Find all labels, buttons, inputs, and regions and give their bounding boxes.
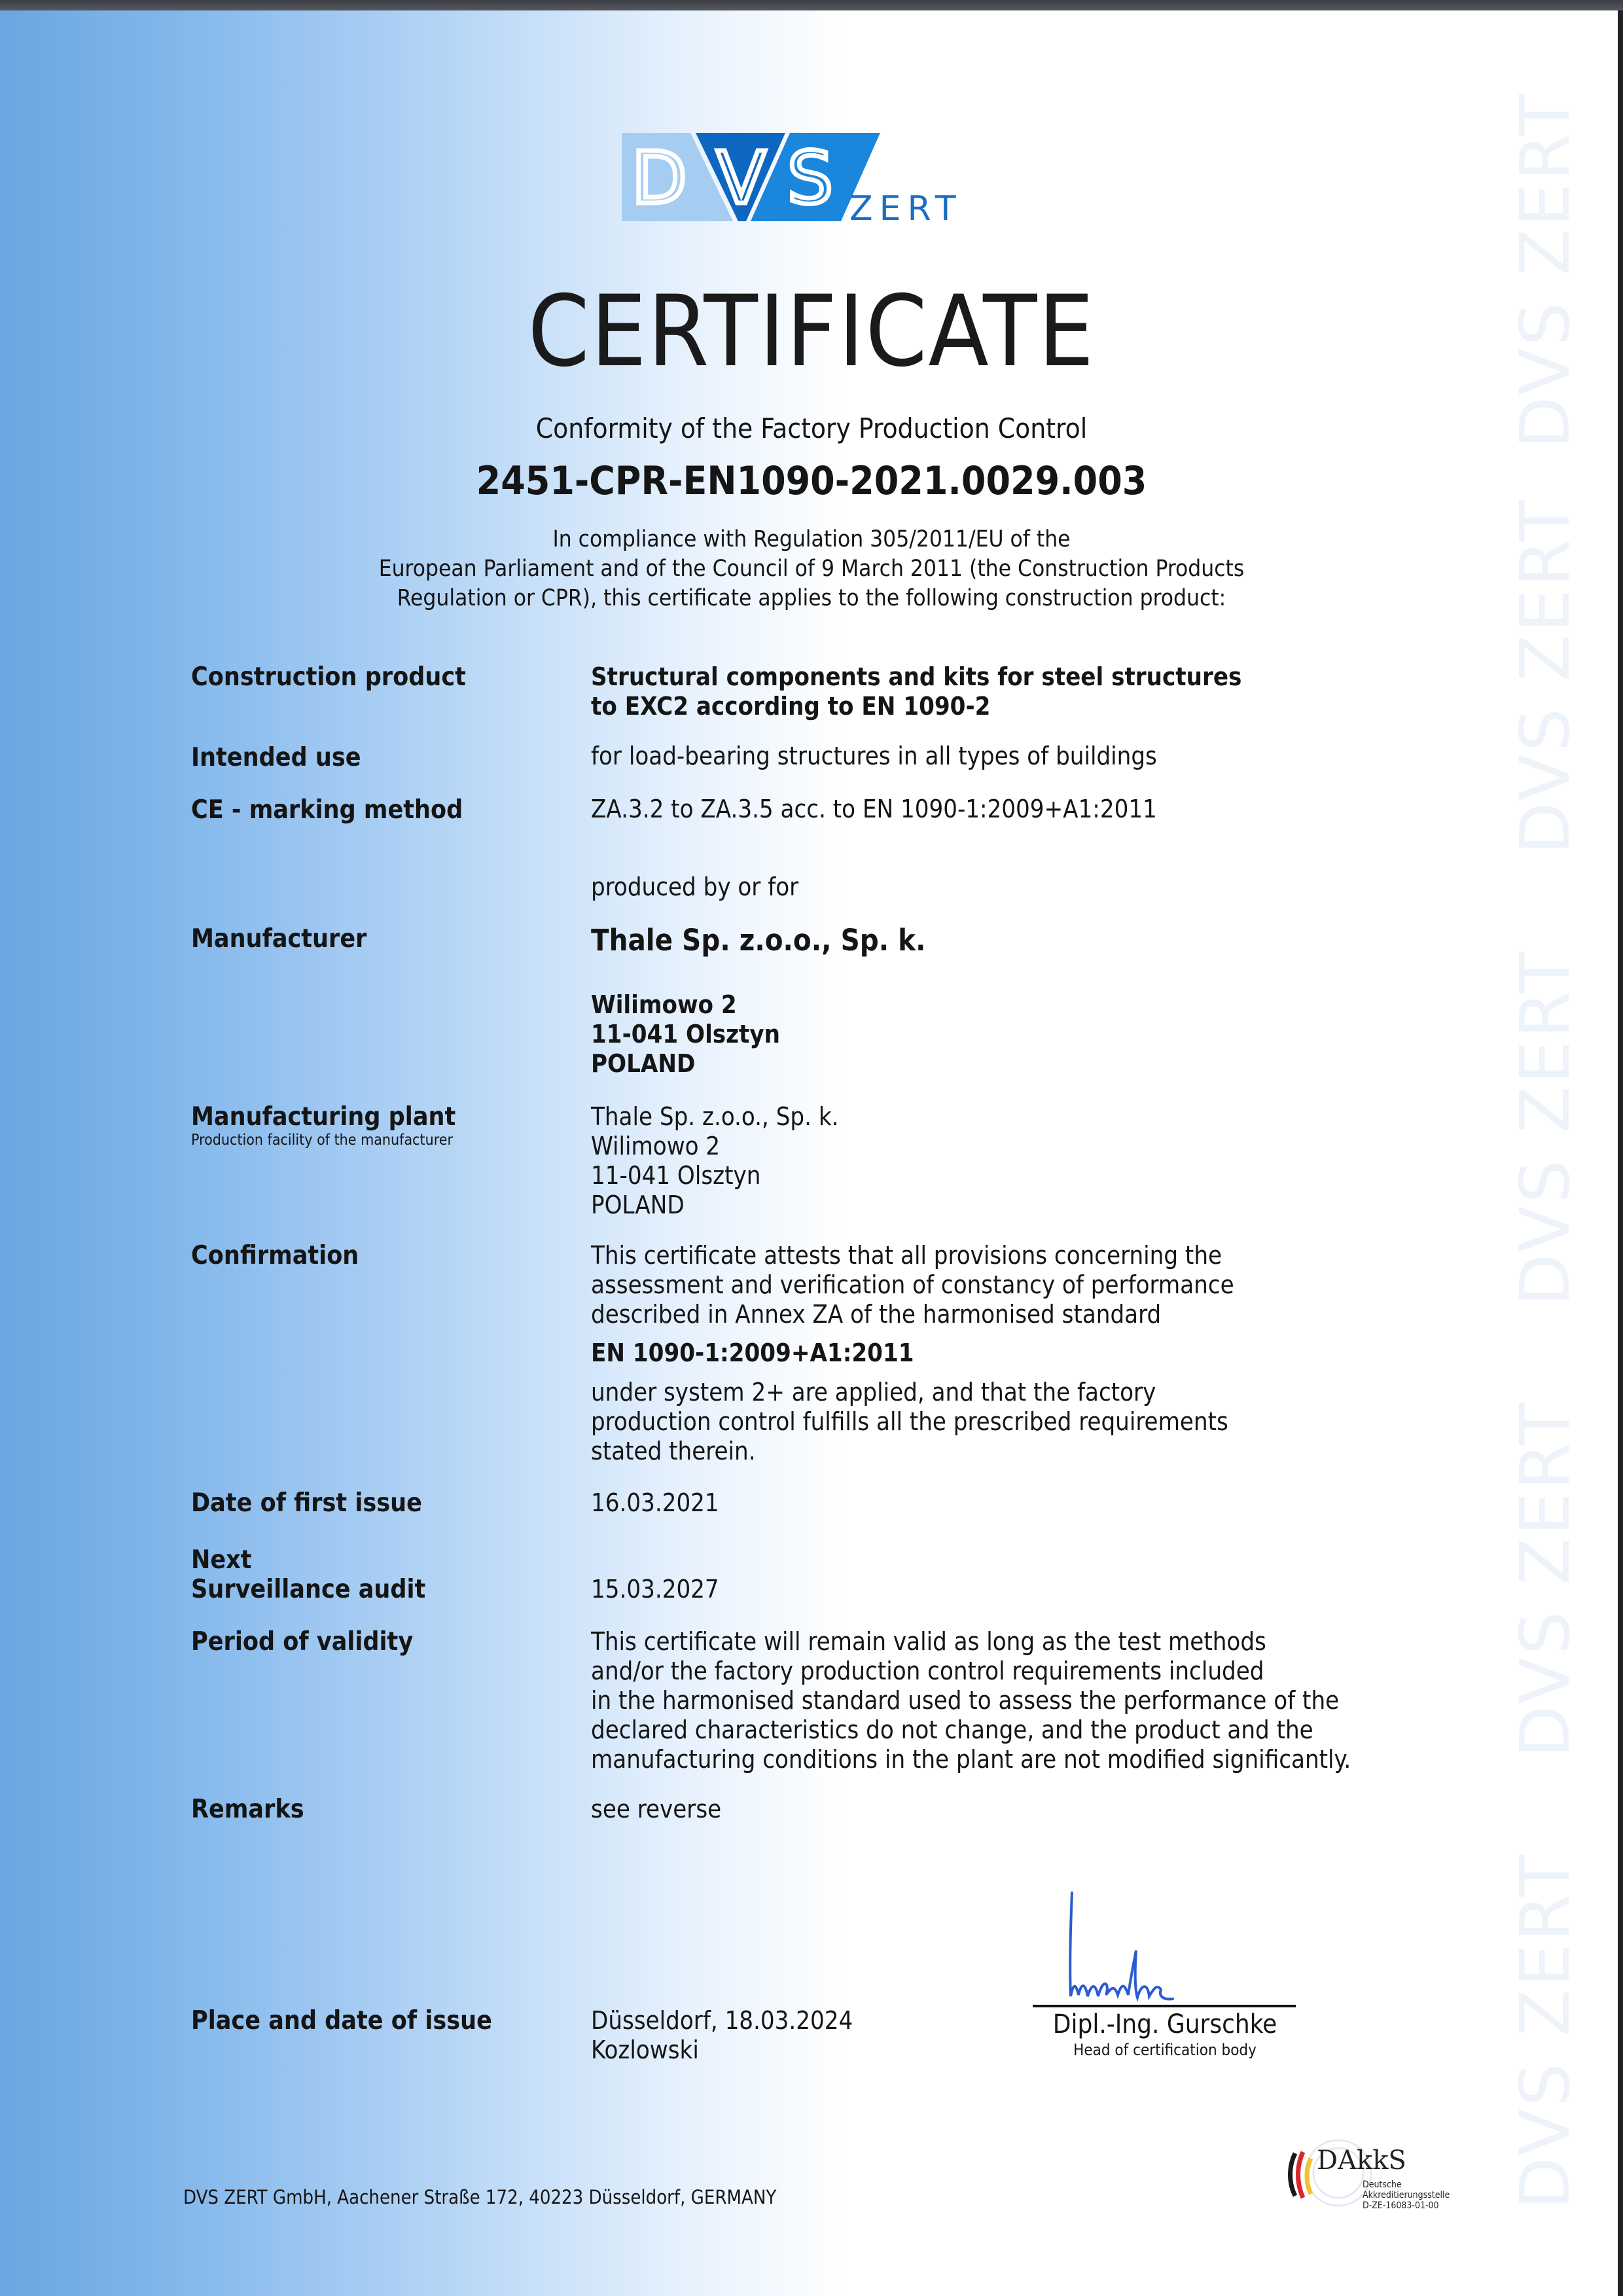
validity-label: Period of validity <box>191 1627 413 1657</box>
intended-use-label: Intended use <box>191 743 361 772</box>
issuer-name: Kozlowski <box>591 2036 853 2065</box>
confirmation-line: described in Annex ZA of the harmonised … <box>591 1300 1234 1329</box>
footer-address: DVS ZERT GmbH, Aachener Straße 172, 4022… <box>183 2186 776 2208</box>
watermark-text: DVS ZERT <box>1505 1852 1584 2210</box>
dakks-line: Deutsche <box>1363 2179 1450 2190</box>
construction-product-label: Construction product <box>191 662 466 692</box>
dakks-line: D-ZE-16083-01-00 <box>1363 2200 1450 2211</box>
scan-right-edge <box>1618 10 1623 2296</box>
confirmation-text-b: under system 2+ are applied, and that th… <box>591 1378 1228 1466</box>
logo-letter-v: V <box>717 136 766 220</box>
plant-line: 11-041 Olsztyn <box>591 1161 839 1191</box>
intro-line: In compliance with Regulation 305/2011/E… <box>0 525 1623 554</box>
first-issue-label: Date of first issue <box>191 1488 422 1518</box>
produced-by-text: produced by or for <box>591 872 798 902</box>
watermark-text: DVS ZERT <box>1505 949 1584 1306</box>
confirmation-line: production control fulfills all the pres… <box>591 1407 1228 1437</box>
certificate-number: 2451-CPR-EN1090-2021.0029.003 <box>0 458 1623 504</box>
plant-sublabel: Production facility of the manufacturer <box>191 1132 455 1149</box>
confirmation-line: This certificate attests that all provis… <box>591 1241 1234 1270</box>
signature-icon <box>1033 1885 1294 2009</box>
validity-line: declared characteristics do not change, … <box>591 1715 1351 1745</box>
logo-suffix: ZERT <box>849 189 963 228</box>
manufacturer-label: Manufacturer <box>191 924 366 954</box>
ce-marking-label: CE - marking method <box>191 795 463 825</box>
confirmation-label: Confirmation <box>191 1241 359 1270</box>
confirmation-text-a: This certificate attests that all provis… <box>591 1241 1234 1329</box>
plant-line: POLAND <box>591 1191 839 1220</box>
certificate-title: CERTIFICATE <box>81 275 1542 389</box>
manufacturing-plant-value: Thale Sp. z.o.o., Sp. k. Wilimowo 2 11-0… <box>591 1102 839 1220</box>
plant-line: Thale Sp. z.o.o., Sp. k. <box>591 1102 839 1132</box>
confirmation-line: assessment and verification of constancy… <box>591 1270 1234 1300</box>
certificate-subtitle: Conformity of the Factory Production Con… <box>0 412 1623 444</box>
address-line: 11-041 Olsztyn <box>591 1020 780 1049</box>
validity-line: This certificate will remain valid as lo… <box>591 1627 1351 1657</box>
validity-line: in the harmonised standard used to asses… <box>591 1686 1351 1715</box>
manufacturer-address: Wilimowo 2 11-041 Olsztyn POLAND <box>591 990 780 1079</box>
watermark-text: DVS ZERT <box>1505 1401 1584 1758</box>
scan-top-edge <box>0 0 1623 10</box>
address-line: POLAND <box>591 1049 780 1079</box>
confirmation-line: stated therein. <box>591 1437 1228 1466</box>
plant-label-text: Manufacturing plant <box>191 1102 455 1132</box>
watermark-text: DVS ZERT <box>1505 92 1584 449</box>
intro-line: European Parliament and of the Council o… <box>0 554 1623 584</box>
ce-marking-value: ZA.3.2 to ZA.3.5 acc. to EN 1090-1:2009+… <box>591 795 1157 824</box>
intro-text: In compliance with Regulation 305/2011/E… <box>0 525 1623 613</box>
manufacturer-name: Thale Sp. z.o.o., Sp. k. <box>591 925 925 955</box>
manufacturing-plant-label: Manufacturing plant Production facility … <box>191 1102 455 1149</box>
signatory-role: Head of certification body <box>982 2041 1348 2059</box>
value-line: to EXC2 according to EN 1090-2 <box>591 692 1241 721</box>
dvs-zert-logo: D V S ZERT <box>618 130 1050 228</box>
issue-place-date: Düsseldorf, 18.03.2024 <box>591 2006 853 2036</box>
construction-product-value: Structural components and kits for steel… <box>591 662 1241 721</box>
label-line: Next <box>191 1545 425 1575</box>
remarks-label: Remarks <box>191 1795 304 1824</box>
issue-place-date-value: Düsseldorf, 18.03.2024 Kozlowski <box>591 2006 853 2065</box>
next-audit-value: 15.03.2027 <box>591 1575 719 1604</box>
signature-line <box>1033 2005 1296 2007</box>
intended-use-value: for load-bearing structures in all types… <box>591 742 1157 771</box>
address-line: Wilimowo 2 <box>591 990 780 1020</box>
value-line: Structural components and kits for steel… <box>591 662 1241 692</box>
issue-place-date-label: Place and date of issue <box>191 2006 492 2036</box>
logo-letter-d: D <box>632 136 687 220</box>
confirmation-line: under system 2+ are applied, and that th… <box>591 1378 1228 1407</box>
dakks-line: Akkreditierungsstelle <box>1363 2190 1450 2200</box>
plant-line: Wilimowo 2 <box>591 1132 839 1161</box>
next-audit-label: Next Surveillance audit <box>191 1545 425 1604</box>
first-issue-value: 16.03.2021 <box>591 1488 719 1518</box>
dakks-text: Deutsche Akkreditierungsstelle D-ZE-1608… <box>1363 2179 1450 2211</box>
intro-line: Regulation or CPR), this certificate app… <box>0 584 1623 613</box>
validity-line: and/or the factory production control re… <box>591 1657 1351 1686</box>
dakks-wordmark: DAkkS <box>1317 2145 1406 2176</box>
label-line: Surveillance audit <box>191 1575 425 1604</box>
remarks-value: see reverse <box>591 1795 721 1824</box>
signatory-name: Dipl.-Ing. Gurschke <box>982 2009 1348 2039</box>
confirmation-standard: EN 1090-1:2009+A1:2011 <box>591 1338 914 1368</box>
validity-text: This certificate will remain valid as lo… <box>591 1627 1351 1774</box>
validity-line: manufacturing conditions in the plant ar… <box>591 1745 1351 1774</box>
logo-letter-s: S <box>787 136 833 220</box>
